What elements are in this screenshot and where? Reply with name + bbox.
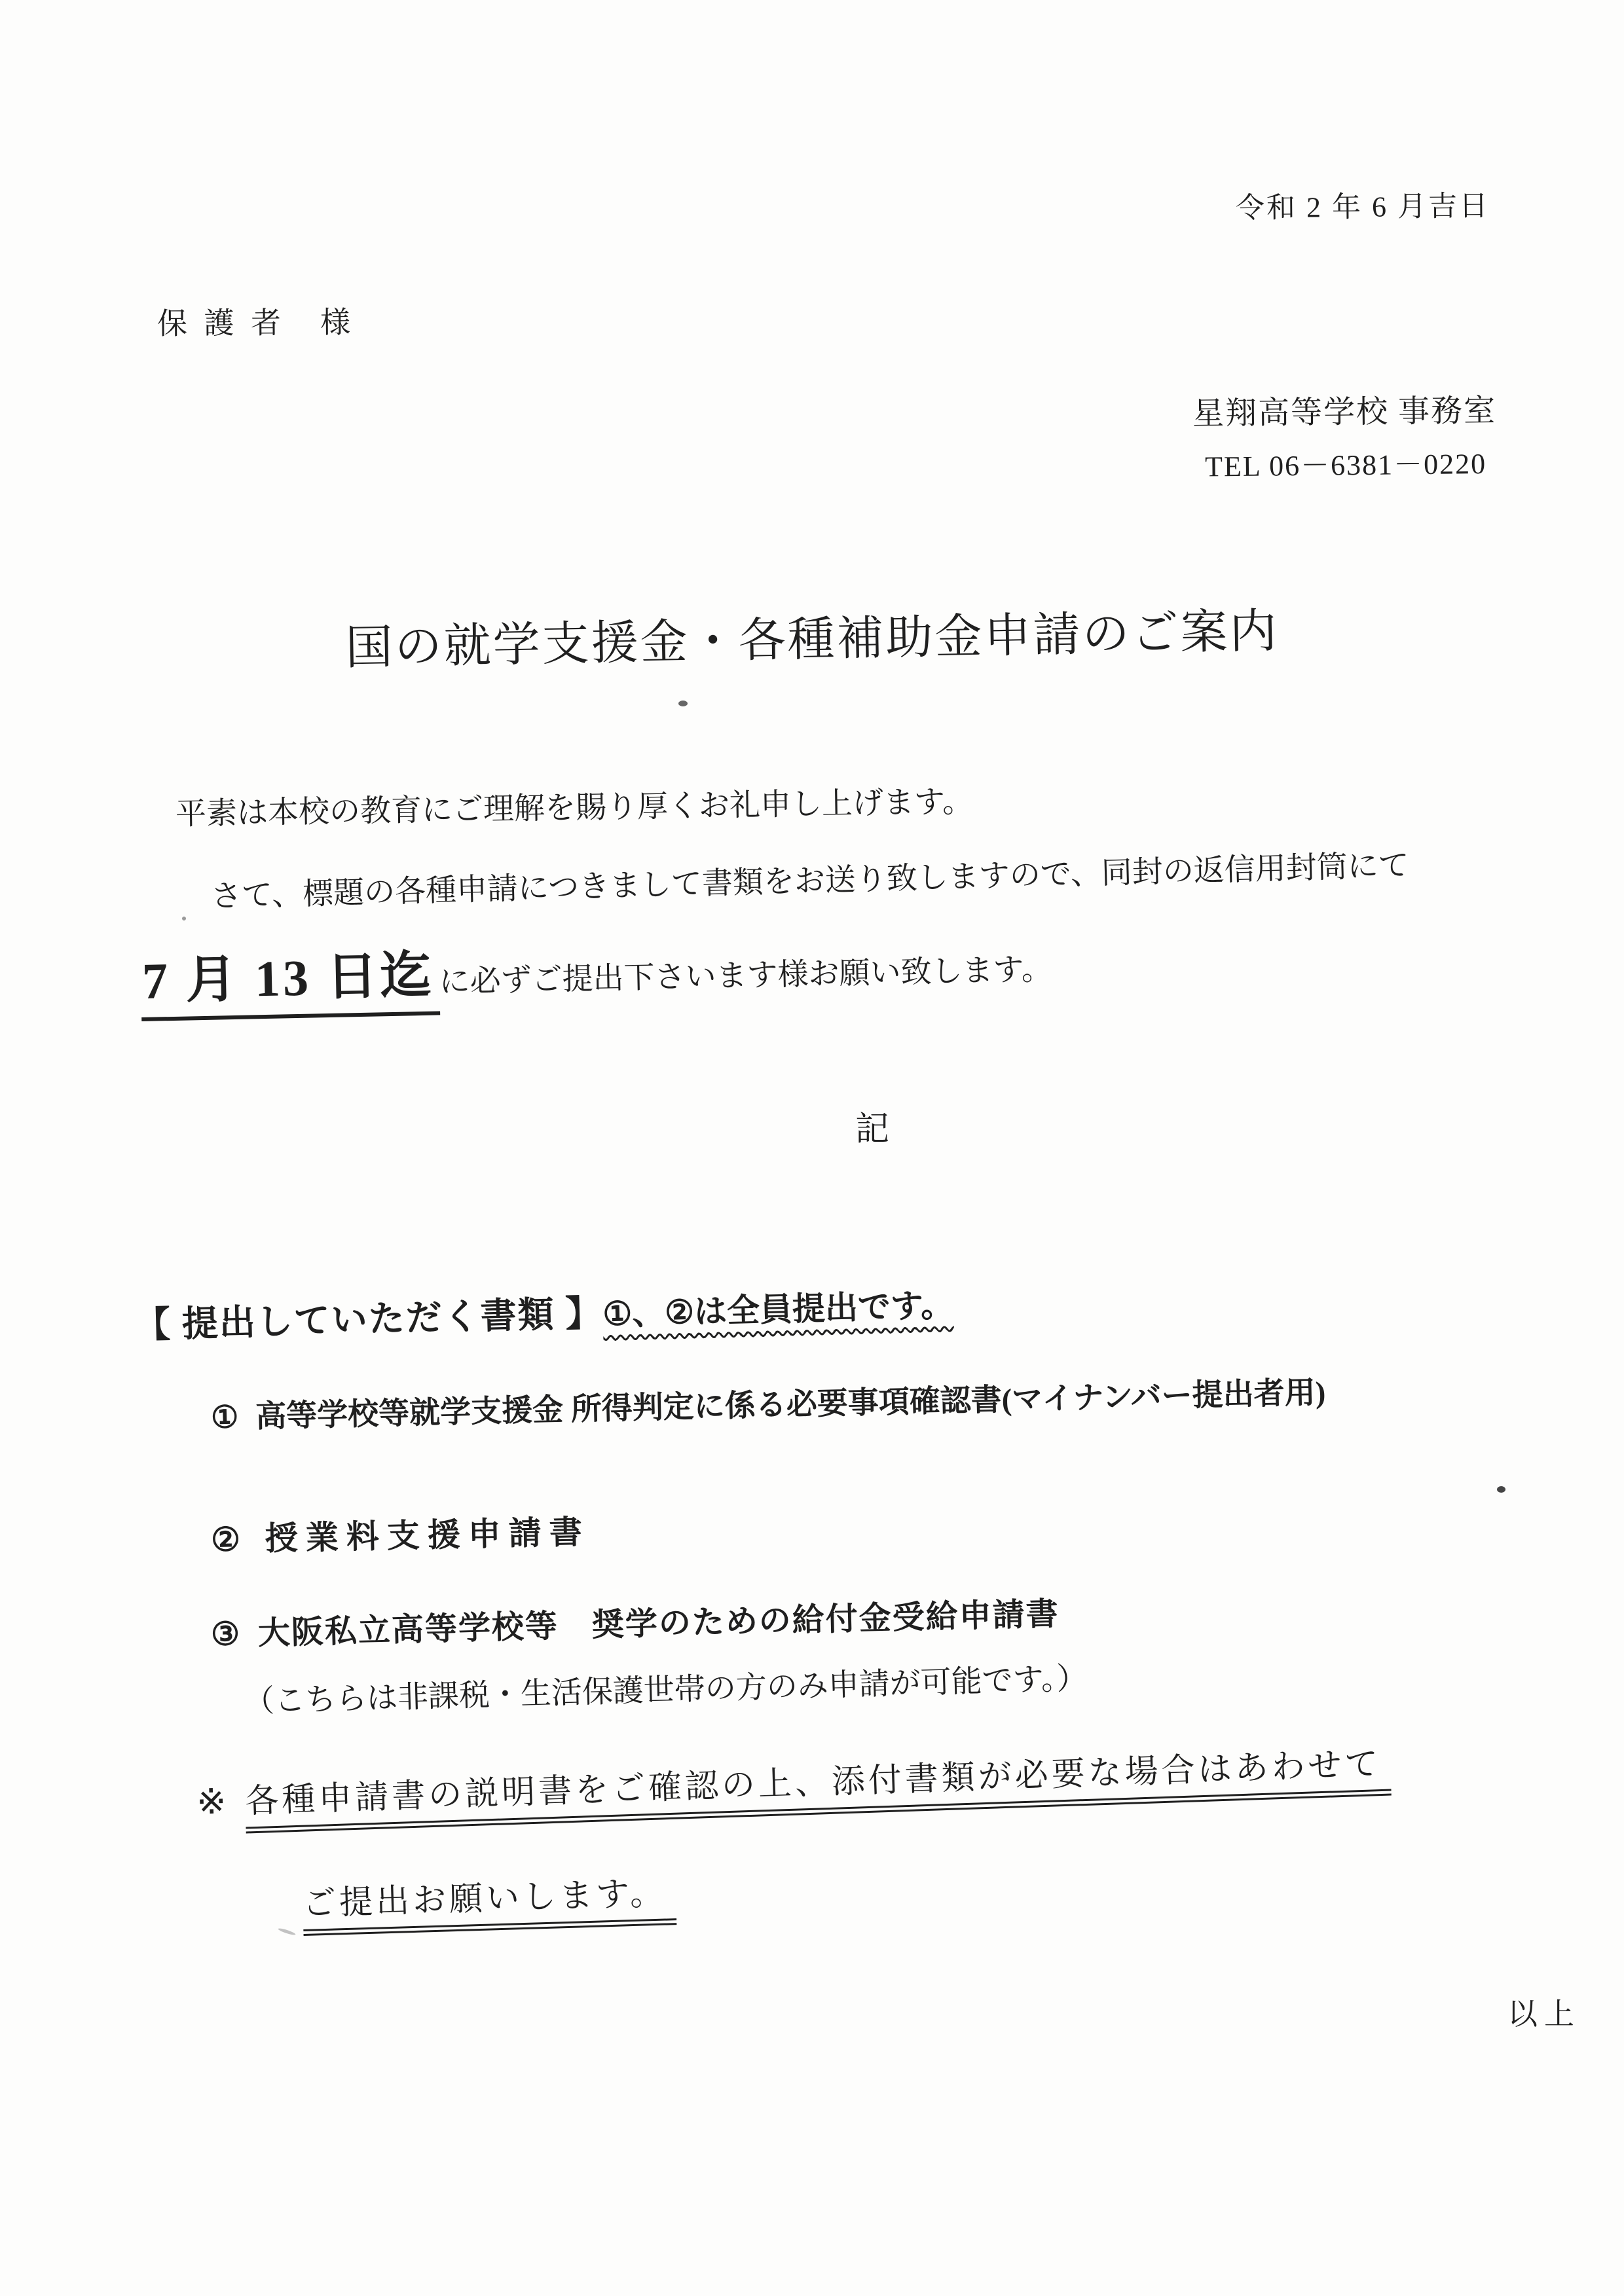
list-item-2: ②授業料支援申請書 <box>210 1506 590 1561</box>
remark-text-2: ご提出お願いします。 <box>302 1875 676 1936</box>
section-heading-line: 【 提出していただく書類 】①、②は全員提出です。 <box>134 1275 954 1348</box>
scan-speck <box>278 1927 296 1936</box>
greeting-paragraph: 平素は本校の教育にご理解を賜り厚くお礼申し上げます。 <box>175 777 973 833</box>
remark-line-1: ※各種申請書の説明書をご確認の上、添付書類が必要な場合はあわせて <box>196 1736 1392 1824</box>
body-paragraph: さて、標題の各種申請につきまして書類をお送り致しますので、同封の返信用封筒にて <box>210 841 1409 916</box>
asterisk-marker: ※ <box>196 1781 230 1822</box>
scanned-letter-page: 令和 2 年 6 月吉日 保 護 者 様 星翔高等学校 事務室 TEL 06－6… <box>0 0 1624 2296</box>
scan-speck <box>1497 1486 1505 1493</box>
scan-speck <box>182 917 186 920</box>
list-item-1: ①高等学校等就学支援金 所得判定に係る必要事項確認書(マイナンバー提出者用) <box>210 1368 1326 1437</box>
scan-speck <box>678 701 688 706</box>
item-1-text: 高等学校等就学支援金 所得判定に係る必要事項確認書(マイナンバー提出者用) <box>255 1376 1326 1434</box>
deadline-line: 7 月 13 日迄に必ずご提出下さいます様お願い致します。 <box>140 921 1053 1021</box>
list-item-3-note: （こちらは非課税・生活保護世帯の方のみ申請が可能です。） <box>243 1654 1088 1721</box>
deadline-date-emphasis: 7 月 13 日迄 <box>140 934 440 1021</box>
remark-line-2: ご提出お願いします。 <box>302 1865 676 1925</box>
record-marker: 記 <box>855 1101 889 1150</box>
list-item-3: ③大阪私立高等学校等 奨学のための給付金受給申請書 <box>210 1588 1060 1655</box>
letter-date: 令和 2 年 6 月吉日 <box>1236 182 1490 226</box>
item-2-text: 授業料支援申請書 <box>265 1514 590 1557</box>
sender-telephone: TEL 06－6381－0220 <box>1205 440 1487 484</box>
item-2-number: ② <box>210 1521 248 1558</box>
closing-marker: 以上 <box>1507 1990 1581 2033</box>
recipient-line: 保 護 者 様 <box>157 299 355 343</box>
sender-name: 星翔高等学校 事務室 <box>1192 385 1497 433</box>
section-note-wavy: ①、②は全員提出です。 <box>602 1286 954 1332</box>
section-heading: 【 提出していただく書類 】 <box>134 1293 603 1345</box>
item-1-number: ① <box>211 1400 239 1435</box>
remark-text-1: 各種申請書の説明書をご確認の上、添付書類が必要な場合はあわせて <box>244 1746 1392 1834</box>
document-title: 国の就学支援金・各種補助金申請のご案内 <box>0 586 1624 683</box>
item-3-text: 大阪私立高等学校等 奨学のための給付金受給申請書 <box>257 1595 1060 1651</box>
deadline-sentence: に必ずご提出下さいます様お願い致します。 <box>439 945 1052 1002</box>
item-3-number: ③ <box>210 1616 241 1652</box>
